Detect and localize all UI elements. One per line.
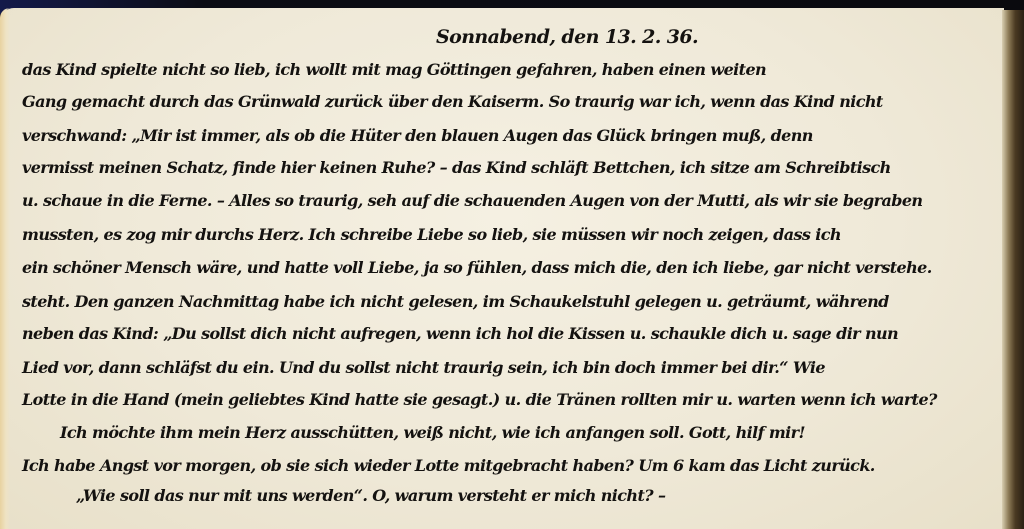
handwritten-line: ein schöner Mensch wäre, und hatte voll …	[22, 258, 932, 277]
handwritten-line: das Kind spielte nicht so lieb, ich woll…	[22, 60, 766, 79]
handwritten-line: mussten, es zog mir durchs Herz. Ich sch…	[22, 225, 841, 244]
handwritten-line: neben das Kind: „Du sollst dich nicht au…	[22, 324, 898, 343]
handwritten-line: Lotte in die Hand (mein geliebtes Kind h…	[22, 390, 937, 409]
book-spine	[1002, 10, 1024, 529]
handwritten-line: „Wie soll das nur mit uns werden“. O, wa…	[76, 486, 665, 505]
page-heading-date: Sonnabend, den 13. 2. 36.	[436, 26, 698, 48]
handwritten-line: Lied vor, dann schläfst du ein. Und du s…	[22, 358, 825, 377]
handwritten-line: vermisst meinen Schatz, finde hier keine…	[22, 158, 891, 177]
page-left-edge	[0, 8, 10, 529]
handwritten-line: Ich möchte ihm mein Herz ausschütten, we…	[60, 423, 805, 442]
handwritten-line: steht. Den ganzen Nachmittag habe ich ni…	[22, 292, 889, 311]
handwritten-line: Ich habe Angst vor morgen, ob sie sich w…	[22, 456, 875, 475]
handwritten-line: Gang gemacht durch das Grünwald zurück ü…	[22, 92, 883, 111]
handwritten-line: u. schaue in die Ferne. – Alles so traur…	[22, 191, 922, 210]
handwritten-line: verschwand: „Mir ist immer, als ob die H…	[22, 126, 813, 145]
